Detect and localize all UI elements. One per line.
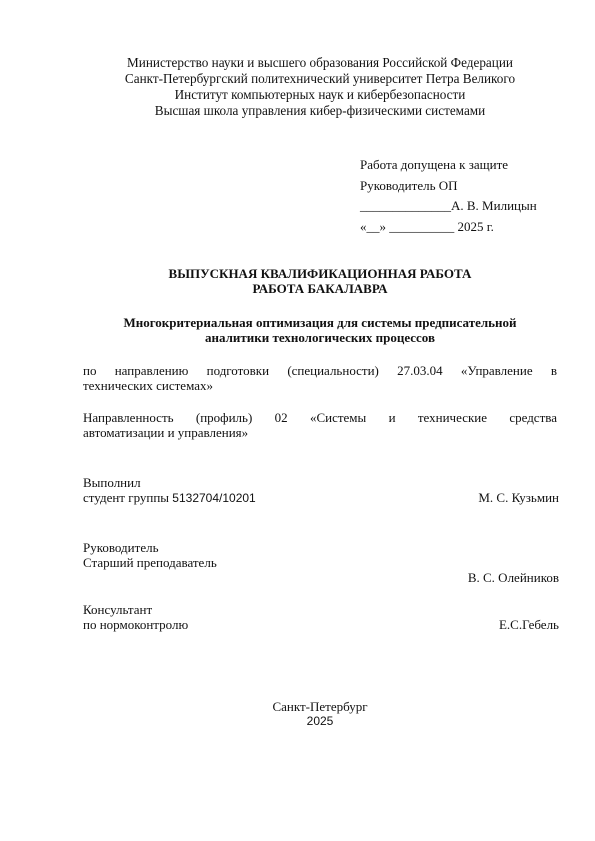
supervisor-position: Старший преподаватель (83, 555, 559, 570)
performer-label: Выполнил (83, 475, 559, 490)
thesis-topic: Многокритериальная оптимизация для систе… (0, 315, 595, 345)
direction-paragraph: по направлению подготовки (специальности… (83, 363, 557, 393)
institution-header: Министерство науки и высшего образования… (0, 55, 595, 119)
profile-line-1: Направленность (профиль) 02 «Системы и т… (83, 410, 557, 425)
approval-admitted: Работа допущена к защите (360, 155, 537, 176)
group-prefix: студент группы (83, 490, 169, 505)
performer-block: Выполнил студент группы 5132704/10201 М.… (83, 475, 559, 506)
institute-line: Институт компьютерных наук и кибербезопа… (0, 87, 595, 103)
performer-name: М. С. Кузьмин (478, 490, 559, 506)
school-line: Высшая школа управления кибер-физическим… (0, 103, 595, 119)
topic-line-2: аналитики технологических процессов (0, 330, 595, 345)
consultant-block: Консультант по нормоконтролю Е.С.Гебель (83, 602, 559, 632)
consultant-position: по нормоконтролю (83, 617, 188, 632)
approval-head-label: Руководитель ОП (360, 176, 537, 197)
approval-block: Работа допущена к защите Руководитель ОП… (360, 155, 537, 237)
performer-group: студент группы 5132704/10201 (83, 490, 256, 506)
consultant-line: по нормоконтролю Е.С.Гебель (83, 617, 559, 632)
approver-name: А. В. Милицын (451, 198, 537, 213)
consultant-label: Консультант (83, 602, 559, 617)
footer: Санкт-Петербург 2025 (0, 699, 595, 729)
topic-line-1: Многокритериальная оптимизация для систе… (0, 315, 595, 330)
approval-signature-line: ______________А. В. Милицын (360, 196, 537, 217)
document-title: ВЫПУСКНАЯ КВАЛИФИКАЦИОННАЯ РАБОТА РАБОТА… (0, 266, 595, 296)
direction-line-1: по направлению подготовки (специальности… (83, 363, 557, 378)
date-day: «__» (360, 219, 386, 234)
footer-year: 2025 (0, 714, 595, 729)
group-number: 5132704/10201 (172, 491, 255, 505)
university-line: Санкт-Петербургский политехнический унив… (0, 71, 595, 87)
profile-paragraph: Направленность (профиль) 02 «Системы и т… (83, 410, 557, 440)
supervisor-label: Руководитель (83, 540, 559, 555)
title-line-1: ВЫПУСКНАЯ КВАЛИФИКАЦИОННАЯ РАБОТА (0, 266, 595, 281)
supervisor-name: В. С. Олейников (83, 570, 559, 585)
ministry-line: Министерство науки и высшего образования… (0, 55, 595, 71)
approval-date-line: «__» __________ 2025 г. (360, 217, 537, 238)
profile-line-2: автоматизации и управления» (83, 425, 557, 440)
signature-blank: ______________ (360, 198, 451, 213)
direction-line-2: технических системах» (83, 378, 557, 393)
date-month-blank: __________ (389, 219, 454, 234)
performer-line: студент группы 5132704/10201 М. С. Кузьм… (83, 490, 559, 506)
consultant-name: Е.С.Гебель (499, 617, 559, 632)
date-year: 2025 г. (458, 219, 494, 234)
footer-city: Санкт-Петербург (0, 699, 595, 714)
title-line-2: РАБОТА БАКАЛАВРА (0, 281, 595, 296)
supervisor-block: Руководитель Старший преподаватель В. С.… (83, 540, 559, 585)
